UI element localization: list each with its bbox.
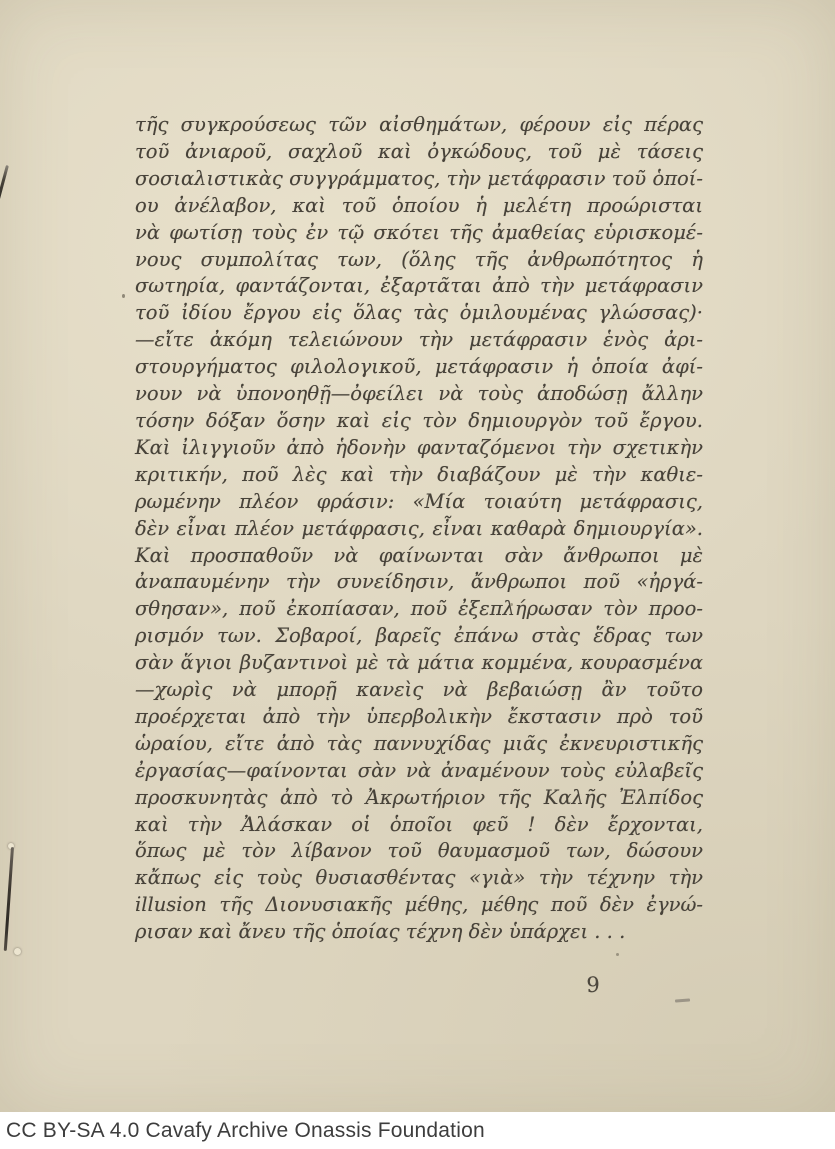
text-line: ρισμόν των. Σοβαροί, βαρεῖς ἐπάνω στὰς ἕ… bbox=[135, 623, 703, 650]
text-line: ου ἀνέλαβον, καὶ τοῦ ὁποίου ἡ μελέτη προ… bbox=[135, 193, 703, 220]
staple-icon bbox=[4, 847, 14, 951]
paper-background: τῆς συγκρούσεως τῶν αἰσθημάτων, φέρουν ε… bbox=[0, 0, 835, 1112]
text-line: ὡραίου, εἴτε ἀπὸ τὰς παννυχίδας μιᾶς ἐκν… bbox=[135, 731, 703, 758]
text-line: σθησαν», ποῦ ἐκοπίασαν, ποῦ ἐξεπλήρωσαν … bbox=[135, 596, 703, 623]
paragraph: Καὶ προσπαθοῦν νὰ φαίνωνται σὰν ἄνθρωποι… bbox=[135, 543, 703, 947]
paragraph: τῆς συγκρούσεως τῶν αἰσθημάτων, φέρουν ε… bbox=[135, 112, 703, 543]
license-text: CC BY-SA 4.0 Cavafy Archive Onassis Foun… bbox=[0, 1119, 485, 1143]
text-line: προέρχεται ἀπὸ τὴν ὑπερβολικὴν ἔκστασιν … bbox=[135, 704, 703, 731]
text-line: illusion τῆς Διονυσιακῆς μέθης, μέθης πο… bbox=[135, 892, 703, 919]
page-number: 9 bbox=[578, 973, 608, 997]
text-line: Καὶ ἰλιγγιοῦν ἀπὸ ἡδονὴν φανταζόμενοι τὴ… bbox=[135, 435, 703, 462]
pencil-mark bbox=[675, 998, 690, 1002]
text-line: κριτικήν, ποῦ λὲς καὶ τὴν διαβάζουν μὲ τ… bbox=[135, 462, 703, 489]
text-line: δὲν εἶναι πλέον μετάφρασις, εἶναι καθαρὰ… bbox=[135, 516, 703, 543]
paper-speck bbox=[122, 294, 125, 298]
paper-speck bbox=[510, 603, 513, 606]
text-line: σοσιαλιστικὰς συγγράμματος, τὴν μετάφρασ… bbox=[135, 166, 703, 193]
text-line: καὶ τὴν Ἀλάσκαν οἱ ὁποῖοι φεῦ ! δὲν ἔρχο… bbox=[135, 812, 703, 839]
text-line: νὰ φωτίσῃ τοὺς ἐν τῷ σκότει τῆς ἀμαθείας… bbox=[135, 220, 703, 247]
text-line: τοῦ ἀνιαροῦ, σαχλοῦ καὶ ὀγκώδους, τοῦ μὲ… bbox=[135, 139, 703, 166]
text-line: ἐργασίας—φαίνονται σὰν νὰ ἀναμένουν τοὺς… bbox=[135, 758, 703, 785]
text-line: νουν νὰ ὑπονοηθῇ—ὀφείλει νὰ τοὺς ἀποδώσῃ… bbox=[135, 381, 703, 408]
text-line: προσκυνητὰς ἀπὸ τὸ Ἀκρωτήριον τῆς Καλῆς … bbox=[135, 785, 703, 812]
page-text-block: τῆς συγκρούσεως τῶν αἰσθημάτων, φέρουν ε… bbox=[135, 112, 703, 946]
text-line: τόσην δόξαν ὅσην καὶ εἰς τὸν δημιουργὸν … bbox=[135, 408, 703, 435]
license-bar: CC BY-SA 4.0 Cavafy Archive Onassis Foun… bbox=[0, 1112, 835, 1149]
text-line: —χωρὶς νὰ μπορῇ κανεὶς νὰ βεβαιώσῃ ἂν το… bbox=[135, 677, 703, 704]
scanned-page: τῆς συγκρούσεως τῶν αἰσθημάτων, φέρουν ε… bbox=[0, 0, 835, 1149]
text-line: —εἴτε ἀκόμη τελειώνουν τὴν μετάφρασιν ἑν… bbox=[135, 327, 703, 354]
text-line: ρωμένην πλέον φράσιν: «Μία τοιαύτη μετάφ… bbox=[135, 489, 703, 516]
staple-icon bbox=[0, 165, 8, 220]
text-line: νους συμπολίτας των, (ὅλης τῆς ἀνθρωπότη… bbox=[135, 247, 703, 274]
text-line: τῆς συγκρούσεως τῶν αἰσθημάτων, φέρουν ε… bbox=[135, 112, 703, 139]
text-line: τοῦ ἰδίου ἔργου εἰς ὅλας τὰς ὁμιλουμένας… bbox=[135, 300, 703, 327]
text-line: ἀναπαυμένην τὴν συνείδησιν, ἄνθρωποι ποῦ… bbox=[135, 569, 703, 596]
text-line: ρισαν καὶ ἄνευ τῆς ὁποίας τέχνη δὲν ὑπάρ… bbox=[135, 919, 703, 946]
text-line: κἄπως εἰς τοὺς θυσιασθέντας «γιὰ» τὴν τέ… bbox=[135, 865, 703, 892]
text-line: ὅπως μὲ τὸν λίβανον τοῦ θαυμασμοῦ των, δ… bbox=[135, 838, 703, 865]
text-line: στουργήματος φιλολογικοῦ, μετάφρασιν ἡ ὁ… bbox=[135, 354, 703, 381]
text-line: σὰν ἅγιοι βυζαντινοὶ μὲ τὰ μάτια κομμένα… bbox=[135, 650, 703, 677]
text-line: σωτηρία, φαντάζονται, ἐξαρτᾶται ἀπὸ τὴν … bbox=[135, 273, 703, 300]
text-line: Καὶ προσπαθοῦν νὰ φαίνωνται σὰν ἄνθρωποι… bbox=[135, 543, 703, 570]
staple-end-mark bbox=[14, 948, 21, 955]
paper-speck bbox=[616, 953, 619, 956]
